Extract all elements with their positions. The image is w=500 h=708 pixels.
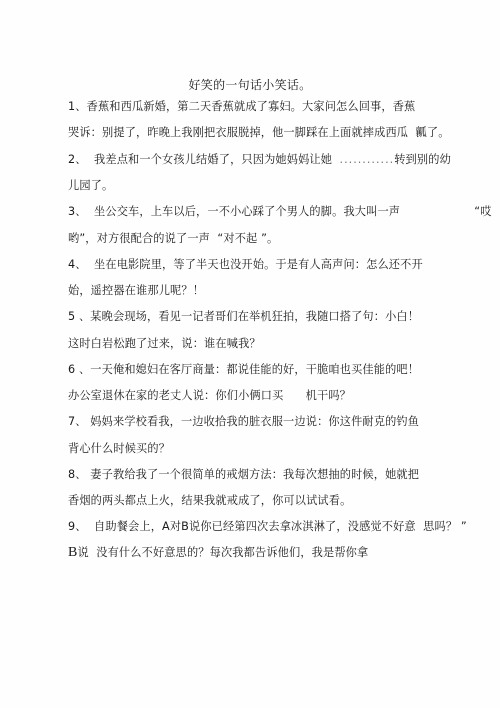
joke-1-line-2: 哭诉：别提了，昨晚上我刚把衣服脱掉，他一脚踩在上面就摔成西瓜 瓤了。 — [68, 125, 450, 141]
joke-3-line-1: 3、 坐公交车，上车以后，一不小心踩了个男人的脚。我大叫一声 “哎 — [68, 204, 492, 220]
joke-9-text-end: 说 没有什么不好意思的？每次我都告诉他们，我是帮你拿 — [78, 546, 369, 559]
joke-2-line-2: 儿园了。 — [68, 178, 113, 194]
joke-7-line-1: 7、 妈妈来学校看我，一边收拾我的脏衣服一边说：你这件耐克的钓鱼 — [68, 414, 419, 430]
joke-6-line-2: 办公室退休在家的老丈人说：你们小俩口买 机干吗？ — [68, 388, 351, 404]
speaker-b-label: B — [68, 545, 78, 560]
joke-7-line-2: 背心什么时候买的？ — [68, 441, 170, 457]
joke-4-line-2: 始，遥控器在谁那儿呢？！ — [68, 283, 204, 299]
joke-4-line-1: 4、 坐在电影院里，等了半天也没开始。于是有人高声问：怎么还不开 — [68, 257, 423, 273]
joke-8-line-2: 香烟的两头都点上火，结果我就戒成了，你可以试试看。 — [68, 493, 351, 509]
joke-6-line-1: 6 、一天俺和媳妇在客厅商量：都说佳能的好，干脆咱也买佳能的吧！ — [68, 362, 419, 378]
joke-2-text-start: 2、 我差点和一个女孩儿结婚了，只因为她妈妈让她 — [68, 153, 340, 166]
joke-2-text-end: 转到别的幼 — [394, 153, 451, 166]
joke-2-line-1: 2、 我差点和一个女孩儿结婚了，只因为她妈妈让她 ............转到别… — [68, 152, 451, 168]
document-title: 好笑的一句话小笑话。 — [0, 77, 500, 93]
document-page: 好笑的一句话小笑话。 1、香蕉和西瓜新婚，第二天香蕉就成了寡妇。大家问怎么回事，… — [0, 0, 500, 708]
joke-8-line-1: 8、 妻子教给我了一个很简单的戒烟方法：我每次想抽的时候，她就把 — [68, 467, 419, 483]
ellipsis-dots: ............ — [340, 153, 395, 166]
joke-1-line-1: 1、香蕉和西瓜新婚，第二天香蕉就成了寡妇。大家问怎么回事，香蕉 — [68, 99, 415, 115]
joke-5-line-1: 5 、某晚会现场，看见一记者哥们在举机狂拍，我随口搭了句：小白！ — [68, 309, 419, 325]
joke-9-line-1: 9、 自助餐会上，A对B说你已经第四次去拿冰淇淋了，没感觉不好意 思吗？ ” — [68, 519, 467, 535]
joke-9-line-2: B说 没有什么不好意思的？每次我都告诉他们，我是帮你拿 — [68, 545, 368, 561]
joke-5-line-2: 这时白岩松跑了过来，说：谁在喊我？ — [68, 336, 261, 352]
joke-3-line-2: 哟”，对方很配合的说了一声 “对不起 ”。 — [68, 231, 278, 247]
